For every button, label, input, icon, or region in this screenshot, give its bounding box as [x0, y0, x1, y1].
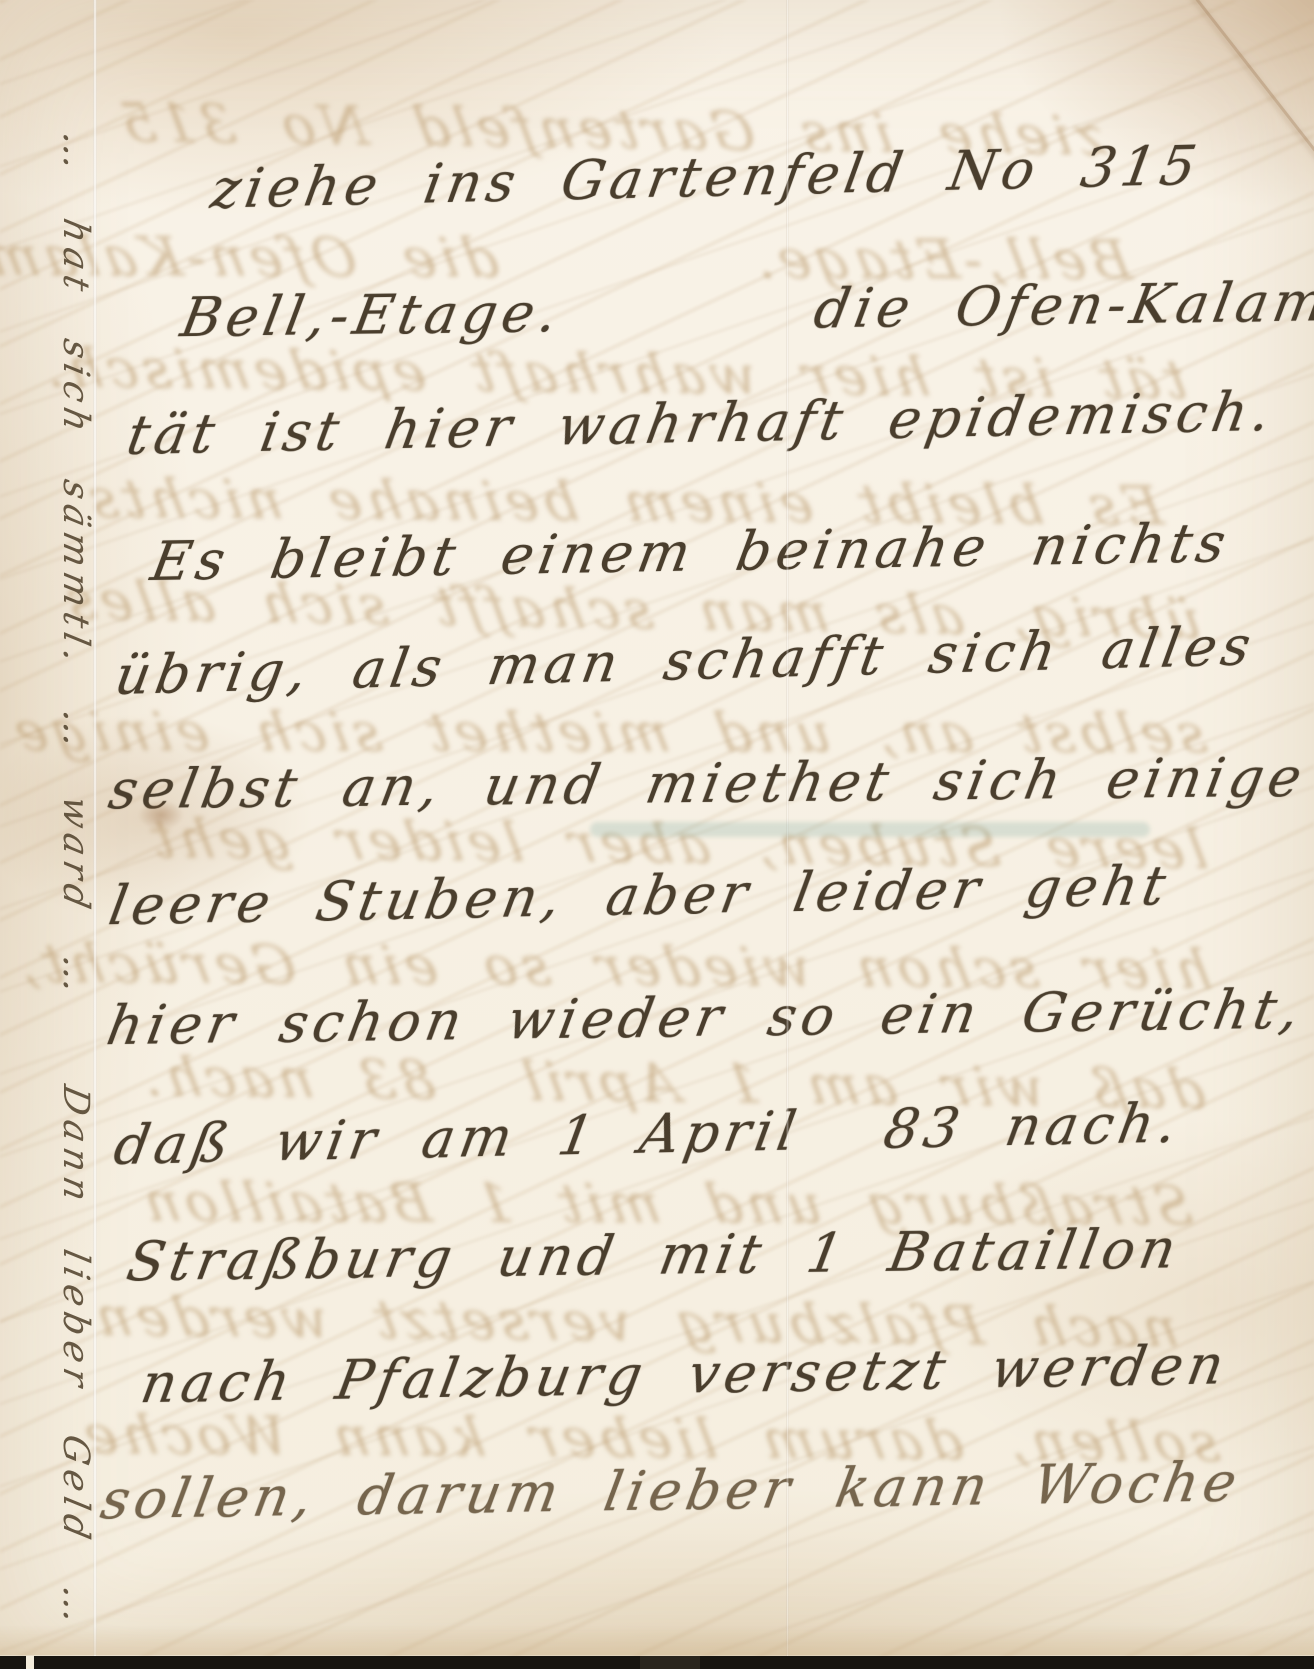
- left-fold-line: [93, 0, 97, 1669]
- letter-line: nach Pfalzburg versetzt werden: [136, 1333, 1233, 1415]
- bottom-discoloration: [0, 1625, 1314, 1655]
- letter-line: tät ist hier wahrhaft epidemisch.: [123, 380, 1280, 467]
- letter-line: ziehe ins Gartenfeld No 315: [207, 134, 1206, 221]
- letter-line: übrig, als man schafft sich alles: [111, 614, 1260, 707]
- letter-line: Bell,-Etage. die Ofen-Kalami=: [176, 269, 1314, 349]
- blue-ink-smudge: [590, 822, 1150, 837]
- letter-line: Straßburg und mit 1 Bataillon: [122, 1217, 1186, 1293]
- letter-line: leere Stuben, aber leider geht: [104, 854, 1175, 937]
- letter-line: hier schon wieder so ein Gerücht,: [102, 977, 1309, 1057]
- letter-line: Es bleibt einem beinahe nichts: [146, 511, 1235, 593]
- scan-edge-bar: [0, 1656, 1314, 1669]
- letter-line: sollen, darum lieber kann Woche: [96, 1450, 1246, 1531]
- letter-line: daß wir am 1 April 83 nach.: [110, 1092, 1187, 1177]
- margin-note: … hat sich sämmtl. … ward … Dann lieber …: [55, 129, 96, 1618]
- letter-line: selbst an, und miethet sich einige: [104, 746, 1311, 821]
- brown-ink-stain: [138, 800, 184, 830]
- letter-page: ziehe ins Gartenfeld No 315 Bell,-Etage.…: [0, 0, 1314, 1669]
